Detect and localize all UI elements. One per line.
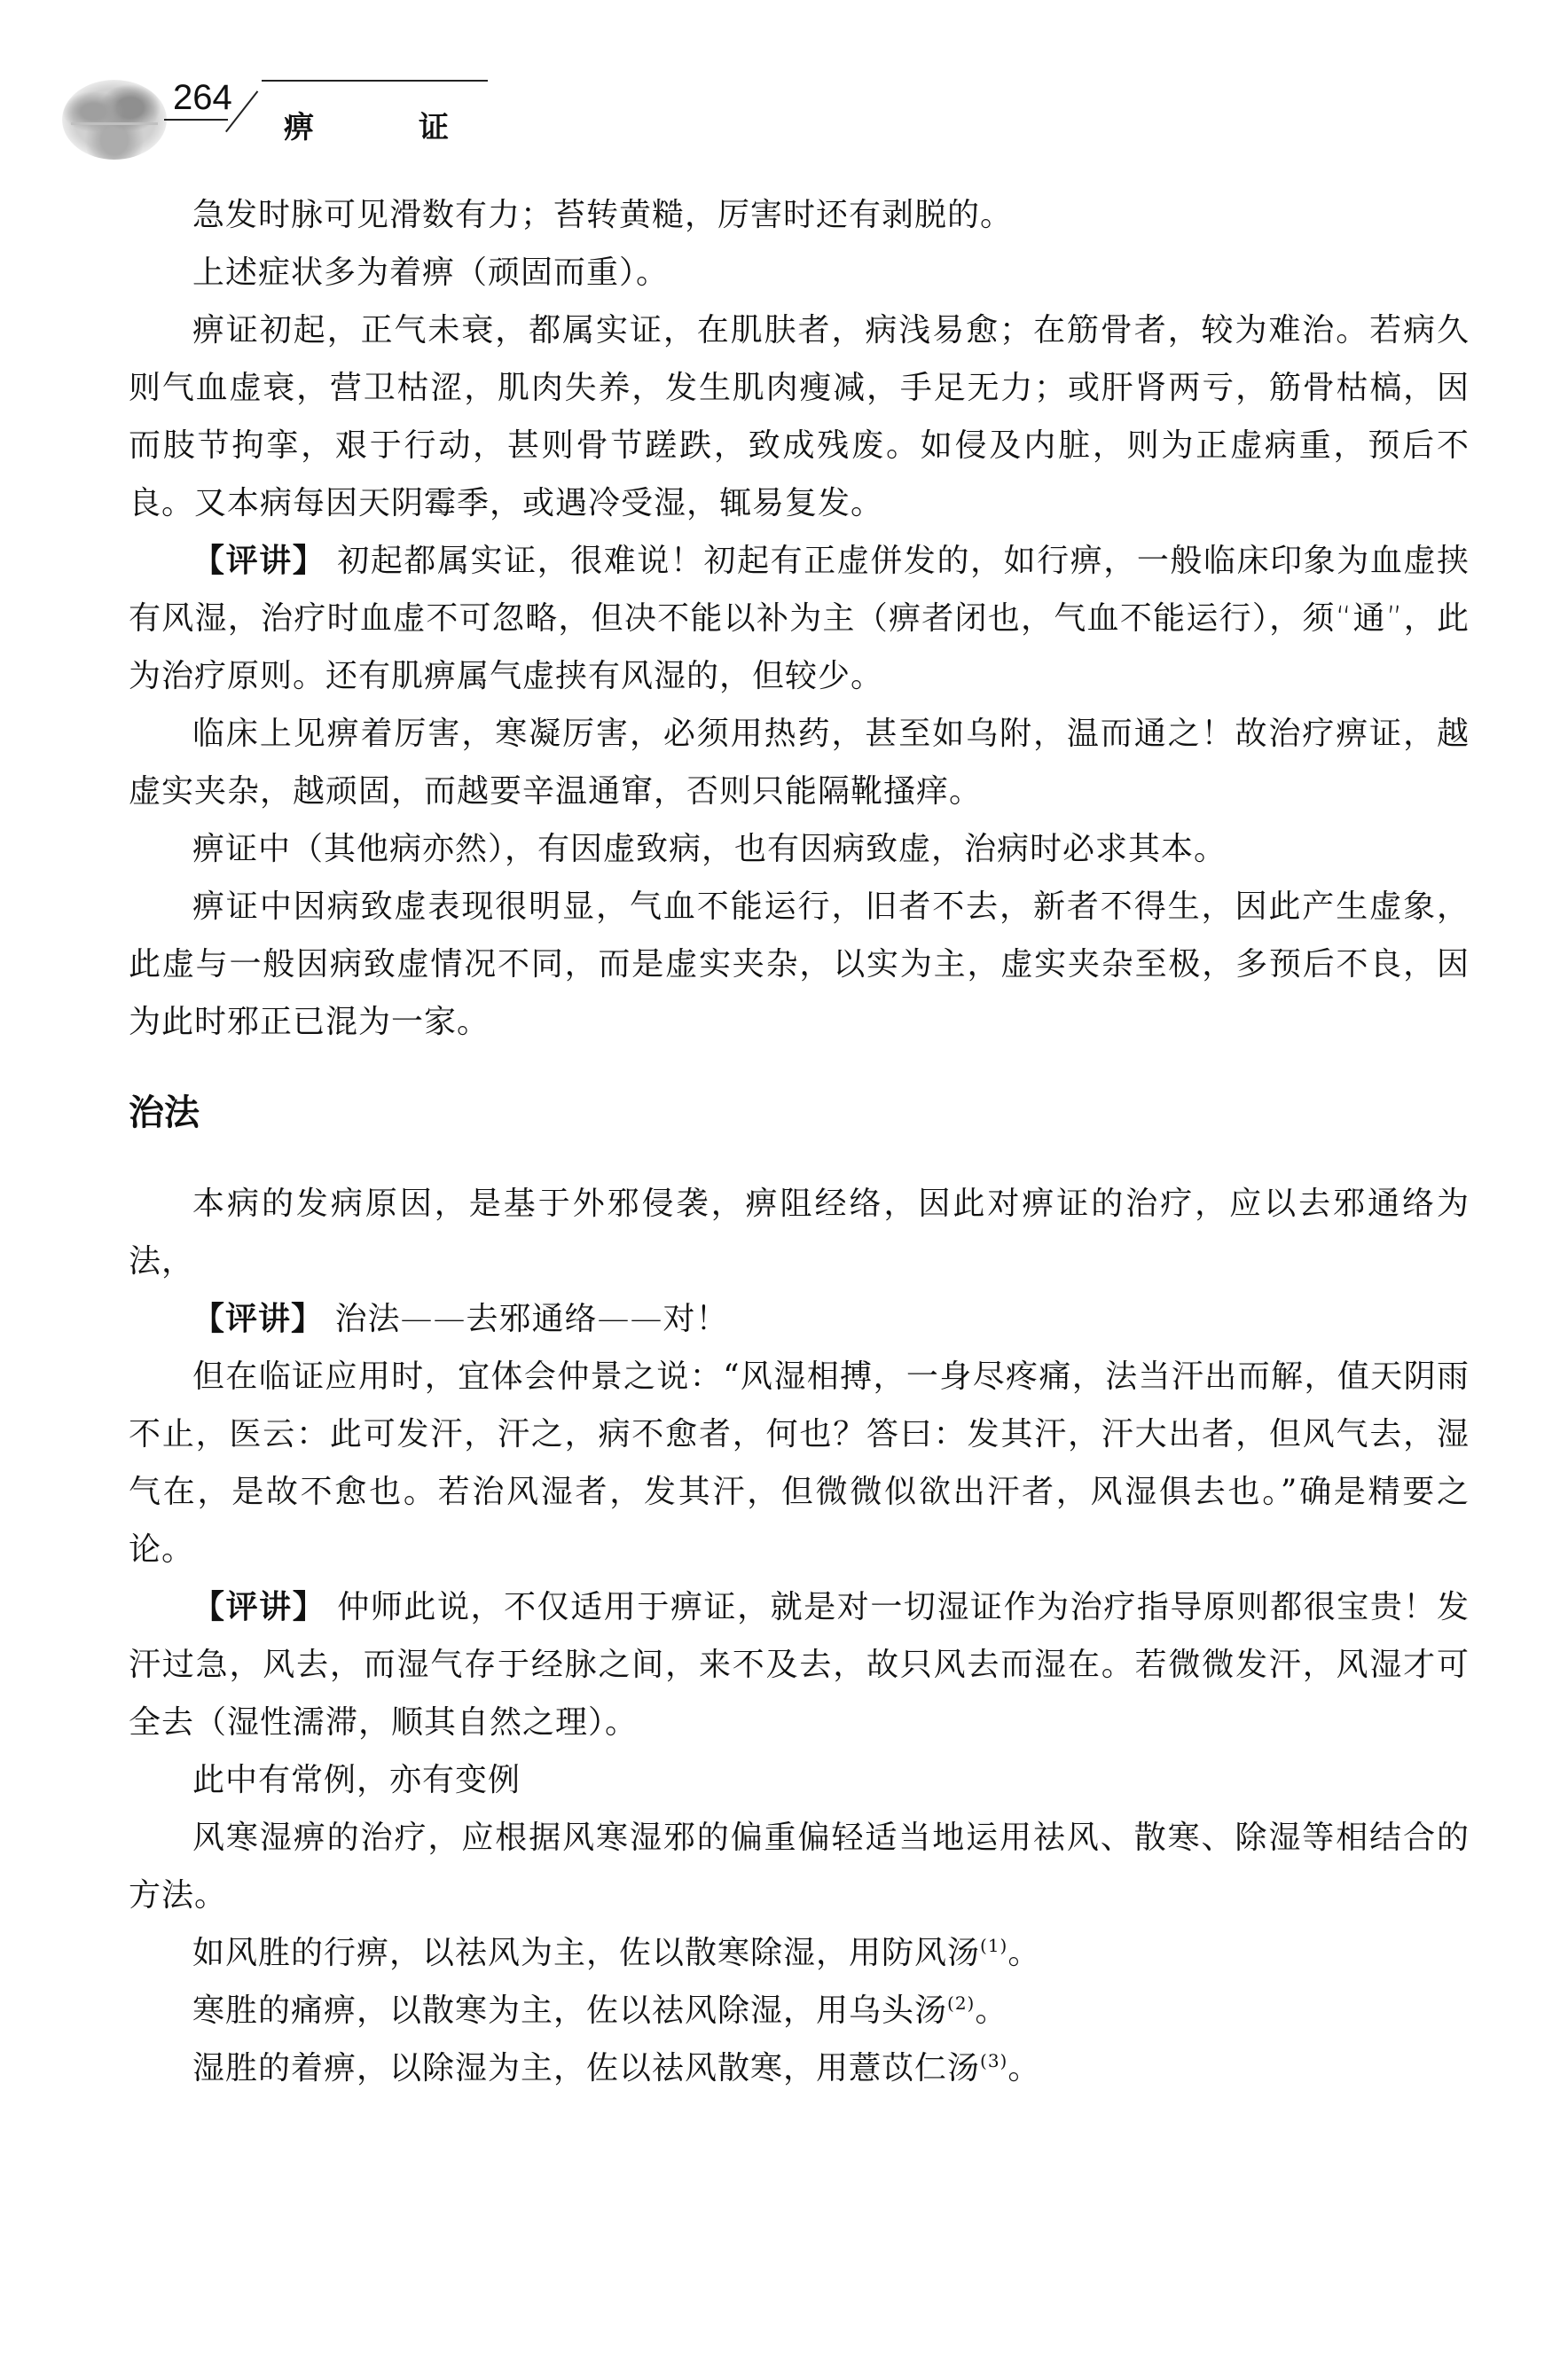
original-text-paragraph: 风寒湿痹的治疗，应根据风寒湿邪的偏重偏轻适当地运用祛风、散寒、除湿等相结合的方法… — [129, 1809, 1470, 1924]
header-rule — [164, 119, 228, 121]
body-paragraph: 上述症状多为着痹（顽固而重）。 — [129, 244, 1470, 301]
treatment-text: 寒胜的痛痹，以散寒为主，佐以祛风除湿，用乌头汤 — [192, 1992, 947, 2029]
treatment-item: 寒胜的痛痹，以散寒为主，佐以祛风除湿，用乌头汤(2)。 — [129, 1982, 1470, 2039]
body-paragraph: 痹证中（其他病亦然），有因虚致病，也有因病致虚，治病时必求其本。 — [129, 820, 1470, 878]
landscape-vignette-icon — [62, 80, 167, 160]
treatment-end: 。 — [975, 1992, 1007, 2029]
header-rule-top — [262, 80, 488, 82]
body-paragraph: 急发时脉可见滑数有力；苔转黄糙，厉害时还有剥脱的。 — [129, 186, 1470, 244]
body-paragraph: 临床上见痹着厉害，寒凝厉害，必须用热药，甚至如乌附，温而通之！故治疗痹证，越虚实… — [129, 705, 1470, 820]
original-text-paragraph: 本病的发病原因，是基于外邪侵袭，痹阻经络，因此对痹证的治疗，应以去邪通络为法， — [129, 1175, 1470, 1290]
original-text-paragraph: 但在临证应用时，宜体会仲景之说：“风湿相搏，一身尽疼痛，法当汗出而解，值天阴雨不… — [129, 1348, 1470, 1578]
treatment-end: 。 — [1007, 2050, 1040, 2086]
footnote-marker: (1) — [980, 1935, 1007, 1956]
treatment-item: 湿胜的着痹，以除湿为主，佐以祛风散寒，用薏苡仁汤(3)。 — [129, 2039, 1470, 2097]
body-paragraph: 此中有常例，亦有变例 — [129, 1751, 1470, 1809]
page-content: 急发时脉可见滑数有力；苔转黄糙，厉害时还有剥脱的。 上述症状多为着痹（顽固而重）… — [129, 186, 1470, 2097]
commentary-text: 初起都属实证，很难说！初起有正虚併发的，如行痹，一般临床印象为血虚挟有风湿，治疗… — [129, 543, 1470, 694]
treatment-text: 湿胜的着痹，以除湿为主，佐以祛风散寒，用薏苡仁汤 — [192, 2050, 980, 2086]
body-paragraph: 痹证中因病致虚表现很明显，气血不能运行，旧者不去，新者不得生，因此产生虚象，此虚… — [129, 878, 1470, 1051]
commentary-text: 仲师此说，不仅适用于痹证，就是对一切湿证作为治疗指导原则都很宝贵！发汗过急，风去… — [129, 1589, 1470, 1741]
treatment-end: 。 — [1007, 1935, 1040, 1971]
treatment-text: 如风胜的行痹，以祛风为主，佐以散寒除湿，用防风汤 — [192, 1935, 980, 1971]
commentary-paragraph: 【评讲】 治法——去邪通络——对！ — [129, 1290, 1470, 1348]
page-number: 264 — [173, 80, 232, 115]
page-header: 264 痹证 — [62, 71, 506, 168]
commentary-label: 【评讲】 — [192, 1589, 325, 1625]
original-text-paragraph: 痹证初起，正气未衰，都属实证，在肌肤者，病浅易愈；在筋骨者，较为难治。若病久则气… — [129, 301, 1470, 532]
treatment-item: 如风胜的行痹，以祛风为主，佐以散寒除湿，用防风汤(1)。 — [129, 1924, 1470, 1982]
commentary-label: 【评讲】 — [192, 543, 325, 579]
commentary-text: 治法——去邪通络——对！ — [334, 1301, 728, 1337]
chapter-title: 痹证 — [284, 103, 553, 146]
commentary-paragraph: 【评讲】 初起都属实证，很难说！初起有正虚併发的，如行痹，一般临床印象为血虚挟有… — [129, 532, 1470, 705]
commentary-paragraph: 【评讲】 仲师此说，不仅适用于痹证，就是对一切湿证作为治疗指导原则都很宝贵！发汗… — [129, 1578, 1470, 1751]
footnote-marker: (3) — [980, 2050, 1007, 2071]
section-heading: 治法 — [129, 1086, 1470, 1139]
commentary-label: 【评讲】 — [192, 1301, 324, 1337]
footnote-marker: (2) — [947, 1992, 975, 2014]
